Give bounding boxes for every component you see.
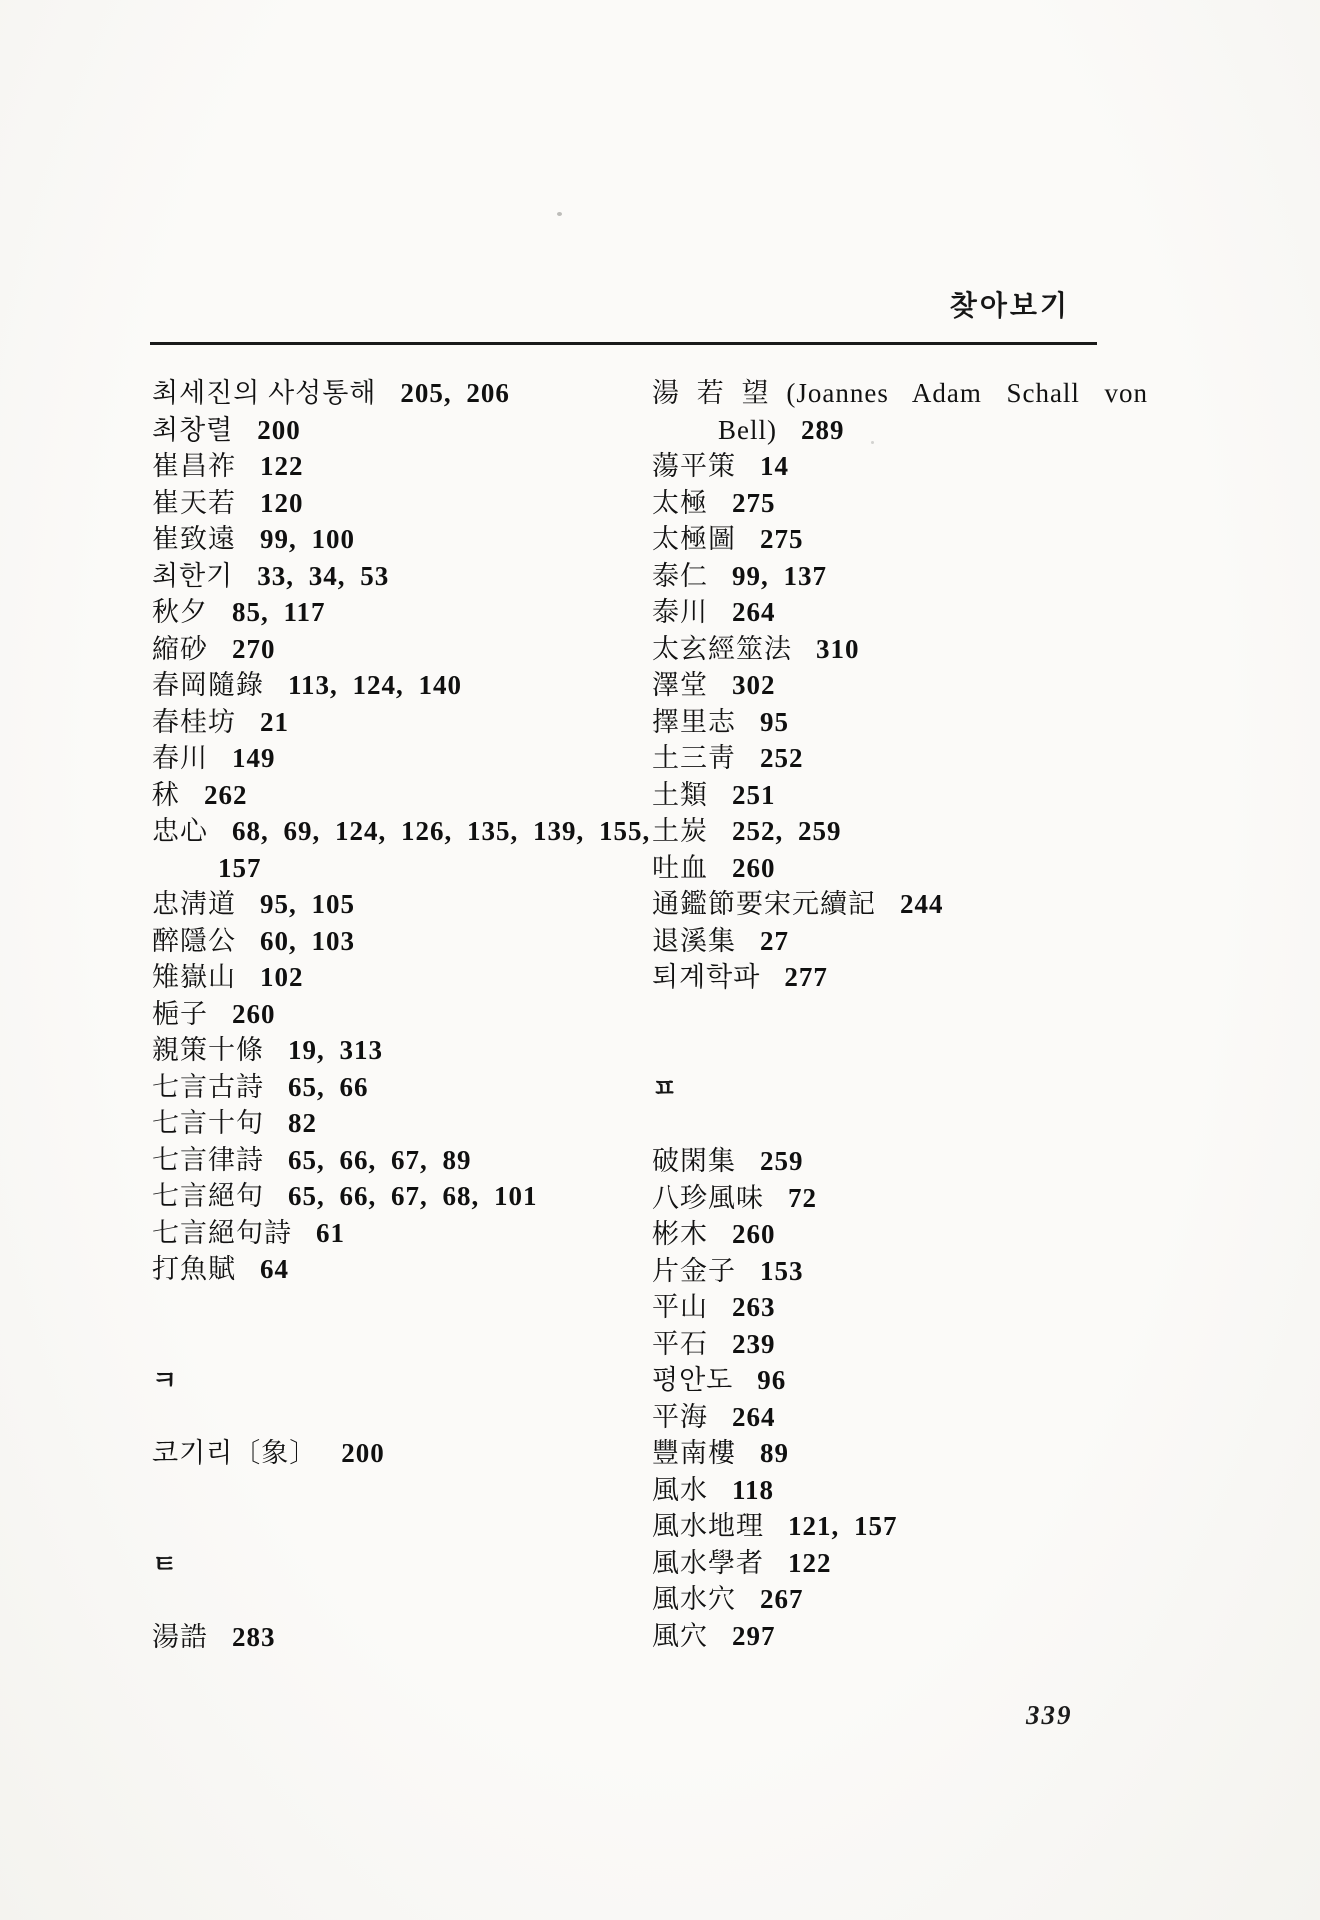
index-entry: 雉嶽山102 xyxy=(152,959,657,996)
entry-page-numbers: 205, 206 xyxy=(400,378,510,408)
entry-term: 최세진의 사성통해 xyxy=(152,378,376,408)
entry-page-numbers: 310 xyxy=(816,634,860,664)
page-number: 339 xyxy=(1026,1700,1073,1731)
entry-page-numbers: 120 xyxy=(260,488,304,518)
entry-page-numbers: 65, 66 xyxy=(288,1072,369,1102)
entry-page-numbers: 263 xyxy=(732,1292,776,1322)
entry-page-numbers: 95 xyxy=(760,707,789,737)
entry-term: 春桂坊 xyxy=(152,707,236,737)
entry-term: 七言絕句 xyxy=(152,1181,264,1211)
entry-page-numbers: 244 xyxy=(900,889,944,919)
entry-term: 코기리〔象〕 xyxy=(152,1438,317,1468)
entry-term: 吐血 xyxy=(652,853,708,883)
entry-term: 打魚賦 xyxy=(152,1254,236,1284)
entry-page-numbers: 102 xyxy=(260,962,304,992)
index-entry: 打魚賦64 xyxy=(152,1251,657,1288)
entry-term: 澤堂 xyxy=(652,670,708,700)
entry-term: 片金子 xyxy=(652,1256,736,1286)
entry-term: 太玄經筮法 xyxy=(652,634,792,664)
index-entry: 春岡隨錄113, 124, 140 xyxy=(152,667,657,704)
entry-page-numbers: 121, 157 xyxy=(788,1511,898,1541)
header-rule xyxy=(150,342,1097,345)
index-entry: 太玄經筮法310 xyxy=(652,631,1184,668)
entry-term: 通鑑節要宋元續記 xyxy=(652,889,876,919)
entry-page-numbers: 27 xyxy=(760,926,789,956)
index-entry: 吐血260 xyxy=(652,850,1184,887)
index-entry: 春桂坊21 xyxy=(152,704,657,741)
entry-term: 秫 xyxy=(152,780,180,810)
index-entry: 土炭252, 259 xyxy=(652,813,1184,850)
entry-page-numbers: 113, 124, 140 xyxy=(288,670,462,700)
section-header: ㅋ xyxy=(152,1362,657,1399)
index-entry: 七言十句82 xyxy=(152,1105,657,1142)
entry-term: 蕩平策 xyxy=(652,451,736,481)
entry-term: 崔昌祚 xyxy=(152,451,236,481)
index-entry: 湯若望(Joannes Adam Schall von Bell)289 xyxy=(652,375,1148,448)
entry-page-numbers: 99, 137 xyxy=(732,561,827,591)
index-entry: 八珍風味72 xyxy=(652,1180,1184,1217)
entry-page-numbers: 14 xyxy=(760,451,789,481)
index-entry: 忠淸道95, 105 xyxy=(152,886,657,923)
index-entry: 風穴297 xyxy=(652,1618,1184,1655)
entry-page-numbers: 118 xyxy=(732,1475,774,1505)
index-entry: 七言律詩65, 66, 67, 89 xyxy=(152,1142,657,1179)
entry-page-numbers: 260 xyxy=(732,1219,776,1249)
entry-page-numbers: 122 xyxy=(788,1548,832,1578)
index-entry: 퇴계학파277 xyxy=(652,959,1184,996)
entry-term: 土炭 xyxy=(652,816,708,846)
entry-page-numbers: 260 xyxy=(732,853,776,883)
index-entry: 春川149 xyxy=(152,740,657,777)
entry-page-numbers: 275 xyxy=(760,524,804,554)
entry-page-numbers: 252 xyxy=(760,743,804,773)
entry-term: 平石 xyxy=(652,1329,708,1359)
entry-page-numbers: 85, 117 xyxy=(232,597,326,627)
entry-page-numbers: 95, 105 xyxy=(260,889,355,919)
index-entry: 風水地理121, 157 xyxy=(652,1508,1184,1545)
entry-page-numbers: 72 xyxy=(788,1183,817,1213)
page-title: 찾아보기 xyxy=(950,284,1070,324)
entry-term: 春川 xyxy=(152,743,208,773)
entry-term: 破閑集 xyxy=(652,1146,736,1176)
entry-term: 擇里志 xyxy=(652,707,736,737)
entry-page-numbers: 264 xyxy=(732,597,776,627)
entry-term: 春岡隨錄 xyxy=(152,670,264,700)
entry-term: 平海 xyxy=(652,1402,708,1432)
entry-term: 土類 xyxy=(652,780,708,810)
entry-term: 최한기 xyxy=(152,561,233,591)
section-header: ㅌ xyxy=(152,1546,657,1583)
entry-term: 秋夕 xyxy=(152,597,208,627)
entry-page-numbers: 99, 100 xyxy=(260,524,355,554)
index-entry: 土三靑252 xyxy=(652,740,1184,777)
index-entry: 土類251 xyxy=(652,777,1184,814)
entry-page-numbers: 200 xyxy=(341,1438,385,1468)
index-right-column: 湯若望(Joannes Adam Schall von Bell)289蕩平策1… xyxy=(652,375,1184,1654)
entry-term: 최창렬 xyxy=(152,415,233,445)
index-entry: 梔子260 xyxy=(152,996,657,1033)
index-entry: 退溪集27 xyxy=(652,923,1184,960)
entry-term: 風水穴 xyxy=(652,1584,736,1614)
entry-page-numbers: 200 xyxy=(257,415,301,445)
index-entry: 최창렬200 xyxy=(152,412,657,449)
book-index-page: 찾아보기 최세진의 사성통해205, 206최창렬200崔昌祚122崔天若120… xyxy=(0,0,1320,1920)
index-entry: 泰仁99, 137 xyxy=(652,558,1184,595)
index-entry: 豐南樓89 xyxy=(652,1435,1184,1472)
entry-page-numbers: 61 xyxy=(316,1218,345,1248)
entry-page-numbers: 277 xyxy=(784,962,828,992)
index-left-column: 최세진의 사성통해205, 206최창렬200崔昌祚122崔天若120崔致遠99… xyxy=(152,375,657,1656)
entry-page-numbers: 19, 313 xyxy=(288,1035,383,1065)
index-entry: 七言古詩65, 66 xyxy=(152,1069,657,1106)
index-entry: 코기리〔象〕200 xyxy=(152,1435,657,1472)
entry-term: 親策十條 xyxy=(152,1035,264,1065)
entry-page-numbers: 252, 259 xyxy=(732,816,842,846)
entry-page-numbers: 289 xyxy=(801,415,845,445)
entry-page-numbers: 251 xyxy=(732,780,776,810)
index-entry: 秫262 xyxy=(152,777,657,814)
index-entry: 秋夕85, 117 xyxy=(152,594,657,631)
entry-term: 退溪集 xyxy=(652,926,736,956)
entry-page-numbers: 302 xyxy=(732,670,776,700)
index-entry: 崔致遠99, 100 xyxy=(152,521,657,558)
index-entry: 通鑑節要宋元續記244 xyxy=(652,886,1184,923)
index-entry: 忠心68, 69, 124, 126, 135, 139, 155, 157 xyxy=(152,813,657,886)
entry-term: 豐南樓 xyxy=(652,1438,736,1468)
entry-page-numbers: 64 xyxy=(260,1254,289,1284)
index-entry: 崔昌祚122 xyxy=(152,448,657,485)
index-entry: 擇里志95 xyxy=(652,704,1184,741)
entry-term: 泰川 xyxy=(652,597,708,627)
entry-term: 七言十句 xyxy=(152,1108,264,1138)
index-entry: 彬木260 xyxy=(652,1216,1184,1253)
entry-page-numbers: 264 xyxy=(732,1402,776,1432)
index-entry: 縮砂270 xyxy=(152,631,657,668)
index-entry: 太極275 xyxy=(652,485,1184,522)
entry-page-numbers: 149 xyxy=(232,743,276,773)
index-entry: 破閑集259 xyxy=(652,1143,1184,1180)
index-entry: 親策十條19, 313 xyxy=(152,1032,657,1069)
entry-term: 忠淸道 xyxy=(152,889,236,919)
entry-term: 醉隱公 xyxy=(152,926,236,956)
entry-page-numbers: 33, 34, 53 xyxy=(257,561,389,591)
entry-term: 七言古詩 xyxy=(152,1072,264,1102)
entry-term: 風穴 xyxy=(652,1621,708,1651)
index-entry: 風水學者122 xyxy=(652,1545,1184,1582)
index-entry: 風水穴267 xyxy=(652,1581,1184,1618)
index-entry: 崔天若120 xyxy=(152,485,657,522)
index-entry: 최한기33, 34, 53 xyxy=(152,558,657,595)
scan-speck xyxy=(871,441,874,444)
entry-term: 崔致遠 xyxy=(152,524,236,554)
entry-page-numbers: 260 xyxy=(232,999,276,1029)
entry-term: 梔子 xyxy=(152,999,208,1029)
entry-term: 湯誥 xyxy=(152,1622,208,1652)
entry-term: 忠心 xyxy=(152,816,208,846)
index-entry: 湯誥283 xyxy=(152,1619,657,1656)
index-entry: 醉隱公60, 103 xyxy=(152,923,657,960)
entry-page-numbers: 65, 66, 67, 68, 101 xyxy=(288,1181,538,1211)
entry-term: 縮砂 xyxy=(152,634,208,664)
entry-page-numbers: 60, 103 xyxy=(260,926,355,956)
entry-page-numbers: 82 xyxy=(288,1108,317,1138)
entry-term: 七言律詩 xyxy=(152,1145,264,1175)
index-entry: 澤堂302 xyxy=(652,667,1184,704)
entry-term: 風水 xyxy=(652,1475,708,1505)
entry-term: 風水學者 xyxy=(652,1548,764,1578)
entry-page-numbers: 96 xyxy=(757,1365,786,1395)
entry-term: 平山 xyxy=(652,1292,708,1322)
entry-term: 太極圖 xyxy=(652,524,736,554)
scan-speck xyxy=(557,212,562,216)
entry-page-numbers: 153 xyxy=(760,1256,804,1286)
index-entry: 최세진의 사성통해205, 206 xyxy=(152,375,657,412)
entry-page-numbers: 239 xyxy=(732,1329,776,1359)
index-entry: 七言絕句詩61 xyxy=(152,1215,657,1252)
entry-term: 崔天若 xyxy=(152,488,236,518)
entry-page-numbers: 68, 69, 124, 126, 135, 139, 155, 157 xyxy=(218,816,650,883)
entry-term: 湯若望(Joannes Adam Schall von Bell) xyxy=(652,378,1148,445)
entry-term: 雉嶽山 xyxy=(152,962,236,992)
index-entry: 平石239 xyxy=(652,1326,1184,1363)
entry-term: 평안도 xyxy=(652,1365,733,1395)
section-header: ㅍ xyxy=(652,1070,1184,1107)
index-entry: 太極圖275 xyxy=(652,521,1184,558)
index-entry: 風水118 xyxy=(652,1472,1184,1509)
entry-page-numbers: 262 xyxy=(204,780,248,810)
index-entry: 泰川264 xyxy=(652,594,1184,631)
entry-page-numbers: 275 xyxy=(732,488,776,518)
entry-term: 風水地理 xyxy=(652,1511,764,1541)
entry-page-numbers: 297 xyxy=(732,1621,776,1651)
entry-page-numbers: 65, 66, 67, 89 xyxy=(288,1145,472,1175)
entry-term: 泰仁 xyxy=(652,561,708,591)
entry-term: 土三靑 xyxy=(652,743,736,773)
entry-page-numbers: 283 xyxy=(232,1622,276,1652)
index-entry: 평안도96 xyxy=(652,1362,1184,1399)
entry-page-numbers: 270 xyxy=(232,634,276,664)
entry-term: 八珍風味 xyxy=(652,1183,764,1213)
entry-term: 七言絕句詩 xyxy=(152,1218,292,1248)
entry-page-numbers: 259 xyxy=(760,1146,804,1176)
entry-page-numbers: 267 xyxy=(760,1584,804,1614)
entry-term: 彬木 xyxy=(652,1219,708,1249)
index-entry: 平山263 xyxy=(652,1289,1184,1326)
entry-term: 太極 xyxy=(652,488,708,518)
index-entry: 七言絕句65, 66, 67, 68, 101 xyxy=(152,1178,657,1215)
entry-term: 퇴계학파 xyxy=(652,962,760,992)
index-entry: 片金子153 xyxy=(652,1253,1184,1290)
entry-page-numbers: 122 xyxy=(260,451,304,481)
index-entry: 平海264 xyxy=(652,1399,1184,1436)
entry-page-numbers: 89 xyxy=(760,1438,789,1468)
index-entry: 蕩平策14 xyxy=(652,448,1184,485)
entry-page-numbers: 21 xyxy=(260,707,289,737)
